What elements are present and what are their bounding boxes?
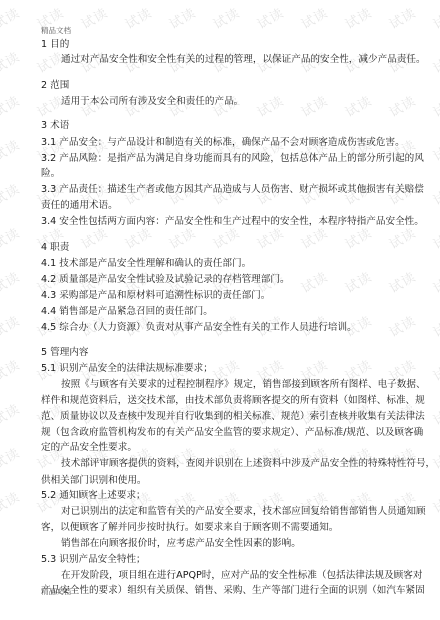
page-footer: 精品文档	[41, 586, 71, 598]
paragraph-line: 5.1 识别产品安全的法律法规标准要求；	[41, 363, 213, 375]
paragraph-line: 5.3 识别产品安全特性；	[41, 554, 146, 566]
paragraph-line: 4.5 综合办（人力资源）负责对从事产品安全性有关的工作人员进行培训。	[41, 322, 357, 334]
page-header: 精品文档	[41, 25, 71, 37]
paragraph-line: 4.1 技术部是产品安全性理解和确认的责任部门。	[41, 258, 251, 270]
paragraph-line: 险。	[41, 168, 60, 180]
paragraph-line: 责任的通用术语。	[41, 200, 118, 212]
paragraph-line: 定的产品安全性要求。	[41, 442, 137, 454]
paragraph-line: 供相关部门识别和使用。	[41, 475, 147, 487]
paragraph-line: 规（包含政府监管机构发布的有关产品安全监管的要求规定）、产品标准/规范、以及顾客…	[41, 427, 423, 439]
paragraph-line: 客，以便顾客了解并同步按时执行。如要求来自于顾客则不需要通知。	[41, 522, 338, 534]
paragraph-line: 3.3 产品责任：描述生产者或他方因其产品造成与人员伤害、财产损坏或其他损害有关…	[41, 184, 424, 196]
paragraph-line: 在开发阶段，项目组在进行APQP时，应对产品的安全性标准（包括法律法规及顾客对	[61, 570, 422, 582]
paragraph-line: 3.2 产品风险：是指产品为满足自身功能而具有的风险，包括总体产品上的部分所引起…	[41, 153, 424, 165]
paragraph-line: 4.3 采购部是产品和原材料可追溯性标识的责任部门。	[41, 290, 270, 302]
paragraph-line: 3.4 安全性包括两方面内容：产品安全性和生产过程中的安全性，本程序特指产品安全…	[41, 216, 424, 228]
paragraph-line: 4.4 销售部是产品紧急召回的责任部门。	[41, 306, 213, 318]
paragraph-line: 5.2 通知顾客上述要求；	[41, 490, 146, 502]
paragraph-line: 范、质量协议以及查核中发现并自行收集到的相关标准、规范）索引查核并收集有关法律法	[41, 411, 425, 423]
paragraph-line: 技术部评审顾客提供的资料，查阅并识别在上述资料中涉及产品安全性的特殊特性符号，	[61, 458, 435, 470]
paragraph-line: 样件和规范资料后，送交技术部，由技术部负责将顾客提交的所有资料（如图样、标准、规	[41, 395, 425, 407]
section-heading: 2 范围	[41, 80, 69, 92]
section-heading: 1 目的	[41, 39, 69, 51]
paragraph-line: 按照《与顾客有关要求的过程控制程序》规定，销售部接到顾客所有图样、电子数据、	[61, 379, 426, 391]
section-heading: 3 术语	[41, 120, 69, 132]
paragraph-line: 对已识别出的法定和监管有关的产品安全要求，技术部应回复给销售部销售人员通知顾	[61, 506, 426, 518]
section-heading: 4 职责	[41, 242, 69, 254]
paragraph-line: 销售部在向顾客报价时，应考虑产品安全性因素的影响。	[61, 538, 301, 550]
paragraph-line: 产品安全性的要求）组织有关质保、销售、采购、生产等部门进行全面的识别（如汽车紧固	[41, 585, 425, 597]
paragraph-line: 通过对产品安全性和安全性有关的过程的管理，以保证产品的安全性，减少产品责任。	[61, 54, 426, 66]
paragraph-line: 适用于本公司所有涉及安全和责任的产品。	[61, 96, 243, 108]
paragraph-line: 3.1 产品安全：与产品设计和制造有关的标准，确保产品不会对顾客造成伤害或危害。	[41, 137, 405, 149]
paragraph-line: 4.2 质量部是产品安全性试验及试验记录的存档管理部门。	[41, 274, 290, 286]
section-heading: 5 管理内容	[41, 347, 89, 359]
document-page: 精品文档 1 目的通过对产品安全性和安全性有关的过程的管理，以保证产品的安全性，…	[0, 0, 440, 620]
